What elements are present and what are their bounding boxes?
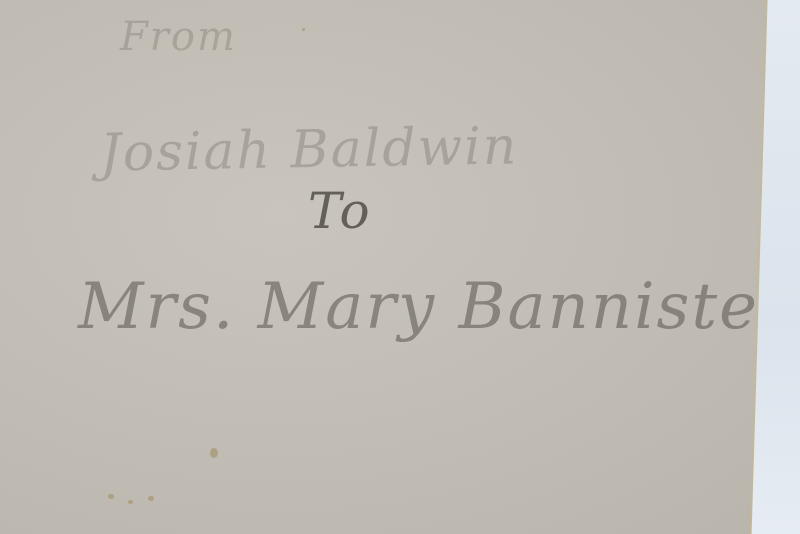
foxing-spot (302, 28, 305, 31)
foxing-spot (210, 448, 218, 458)
inscription-sender-name: Josiah Baldwin (100, 116, 519, 183)
inscription-to-line: To (308, 182, 372, 240)
foxing-spot (108, 494, 114, 499)
inscription-from-line: From (120, 14, 237, 60)
foxing-spot (148, 496, 154, 501)
inscription-recipient-name: Mrs. Mary Bannister (78, 270, 792, 344)
foxing-spot (128, 500, 133, 504)
aged-paper-sheet: From Josiah Baldwin To Mrs. Mary Bannist… (0, 0, 800, 534)
